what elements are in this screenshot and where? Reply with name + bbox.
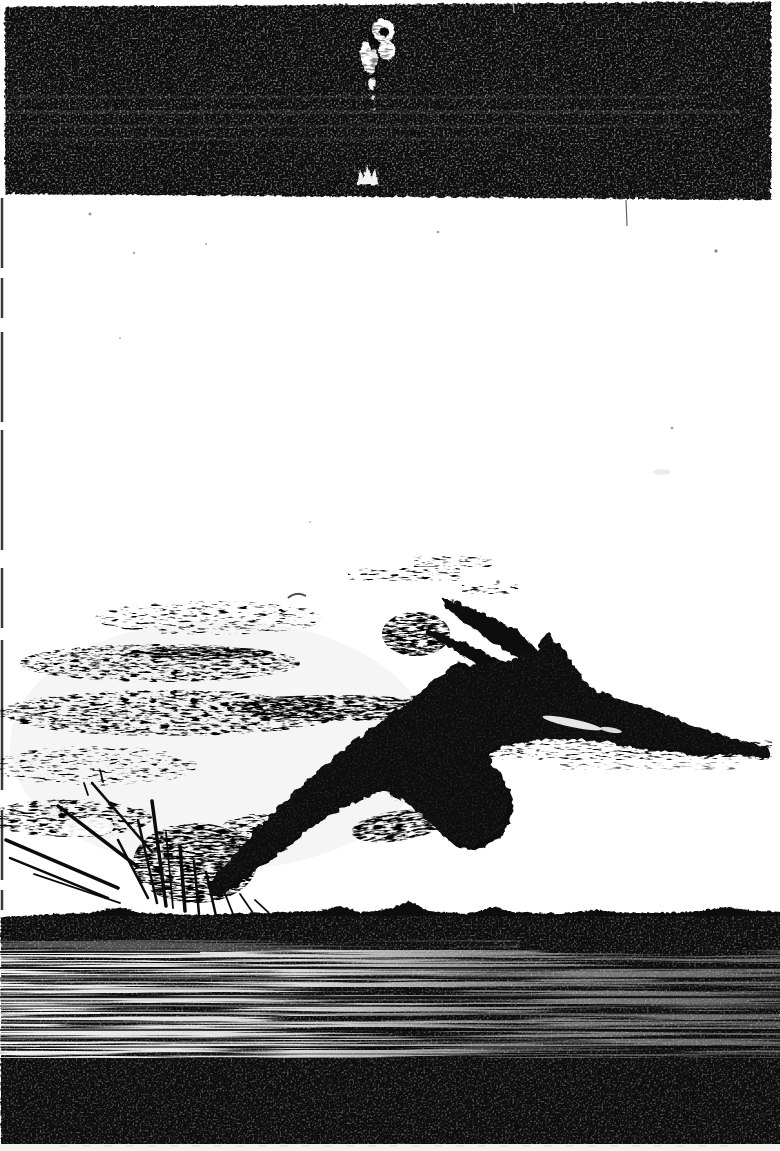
page-canvas	[0, 0, 780, 1151]
paper-smudge	[653, 469, 671, 475]
scanned-page	[0, 0, 780, 1151]
band-scratch	[513, 0, 514, 13]
sea-band	[0, 900, 780, 1151]
bottom-paper-edge	[0, 1144, 780, 1151]
smoke-wisp	[414, 556, 492, 567]
boom-underside-spray	[560, 762, 740, 770]
figure-mottle	[357, 24, 393, 80]
smoke-row	[0, 746, 197, 786]
top-photo-band	[0, 0, 770, 199]
smoke-wisp	[348, 568, 460, 581]
sea-streaks-upper	[0, 928, 520, 954]
smoke-wisp	[462, 584, 518, 594]
smoke-row	[95, 601, 325, 635]
smoke-core	[125, 647, 275, 659]
